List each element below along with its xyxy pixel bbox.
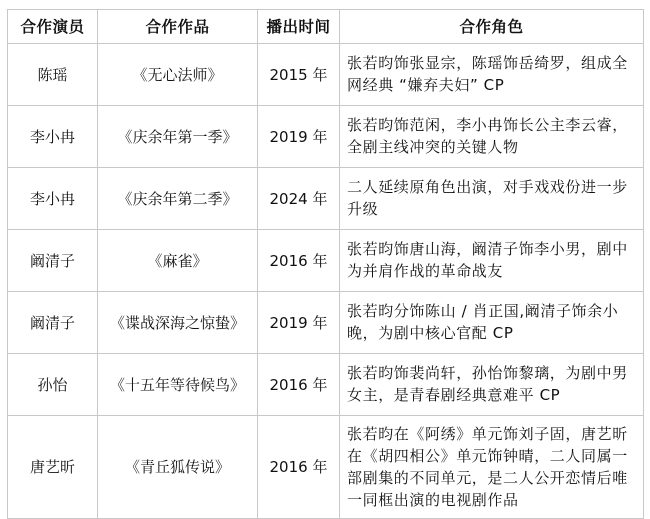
table-row: 阚清子 《麻雀》 2016 年 张若昀饰唐山海，阚清子饰李小男，剧中为并肩作战的… [8, 230, 644, 292]
air-time-cell: 2016 年 [258, 354, 340, 416]
work-cell: 《庆余年第一季》 [98, 106, 258, 168]
header-air-time: 播出时间 [258, 10, 340, 44]
actor-cell: 唐艺昕 [8, 416, 98, 481]
collaboration-table: 合作演员 合作作品 播出时间 合作角色 陈瑶 《无心法师》 2015 年 张若昀… [7, 9, 644, 480]
table-row: 李小冉 《庆余年第一季》 2019 年 张若昀饰范闲，李小冉饰长公主李云睿，全剧… [8, 106, 644, 168]
role-cell: 张若昀饰唐山海，阚清子饰李小男，剧中为并肩作战的革命战友 [340, 230, 644, 292]
air-time-cell: 2015 年 [258, 44, 340, 106]
work-cell: 《十五年等待候鸟》 [98, 354, 258, 416]
work-cell: 《无心法师》 [98, 44, 258, 106]
air-time-cell: 2019 年 [258, 106, 340, 168]
table-row: 唐艺昕 《青丘狐传说》 2016 年 张若昀在《阿绣》单元饰刘子固，唐艺昕在《胡… [8, 416, 644, 481]
actor-cell: 李小冉 [8, 168, 98, 230]
work-cell: 《庆余年第二季》 [98, 168, 258, 230]
air-time-cell: 2019 年 [258, 292, 340, 354]
actor-cell: 阚清子 [8, 292, 98, 354]
role-cell: 张若昀分饰陈山 / 肖正国,阚清子饰余小晚，为剧中核心官配 CP [340, 292, 644, 354]
actor-cell: 李小冉 [8, 106, 98, 168]
header-role: 合作角色 [340, 10, 644, 44]
work-cell: 《青丘狐传说》 [98, 416, 258, 481]
role-cell: 张若昀在《阿绣》单元饰刘子固，唐艺昕在《胡四相公》单元饰钟晴，二人同属一部剧集的… [340, 416, 644, 481]
actor-cell: 陈瑶 [8, 44, 98, 106]
air-time-cell: 2016 年 [258, 416, 340, 481]
actor-cell: 阚清子 [8, 230, 98, 292]
work-cell: 《麻雀》 [98, 230, 258, 292]
header-row: 合作演员 合作作品 播出时间 合作角色 [8, 10, 644, 44]
role-cell: 张若昀饰张显宗，陈瑶饰岳绮罗，组成全网经典 “嫌弃夫妇” CP [340, 44, 644, 106]
role-cell: 二人延续原角色出演，对手戏戏份进一步升级 [340, 168, 644, 230]
actor-cell: 孙怡 [8, 354, 98, 416]
work-cell: 《谍战深海之惊蛰》 [98, 292, 258, 354]
header-work: 合作作品 [98, 10, 258, 44]
table-row: 阚清子 《谍战深海之惊蛰》 2019 年 张若昀分饰陈山 / 肖正国,阚清子饰余… [8, 292, 644, 354]
header-actor: 合作演员 [8, 10, 98, 44]
air-time-cell: 2024 年 [258, 168, 340, 230]
table-row: 陈瑶 《无心法师》 2015 年 张若昀饰张显宗，陈瑶饰岳绮罗，组成全网经典 “… [8, 44, 644, 106]
role-cell: 张若昀饰范闲，李小冉饰长公主李云睿，全剧主线冲突的关键人物 [340, 106, 644, 168]
table-row: 孙怡 《十五年等待候鸟》 2016 年 张若昀饰裴尚轩，孙怡饰黎璃，为剧中男女主… [8, 354, 644, 416]
air-time-cell: 2016 年 [258, 230, 340, 292]
role-cell: 张若昀饰裴尚轩，孙怡饰黎璃，为剧中男女主，是青春剧经典意难平 CP [340, 354, 644, 416]
table-row: 李小冉 《庆余年第二季》 2024 年 二人延续原角色出演，对手戏戏份进一步升级 [8, 168, 644, 230]
